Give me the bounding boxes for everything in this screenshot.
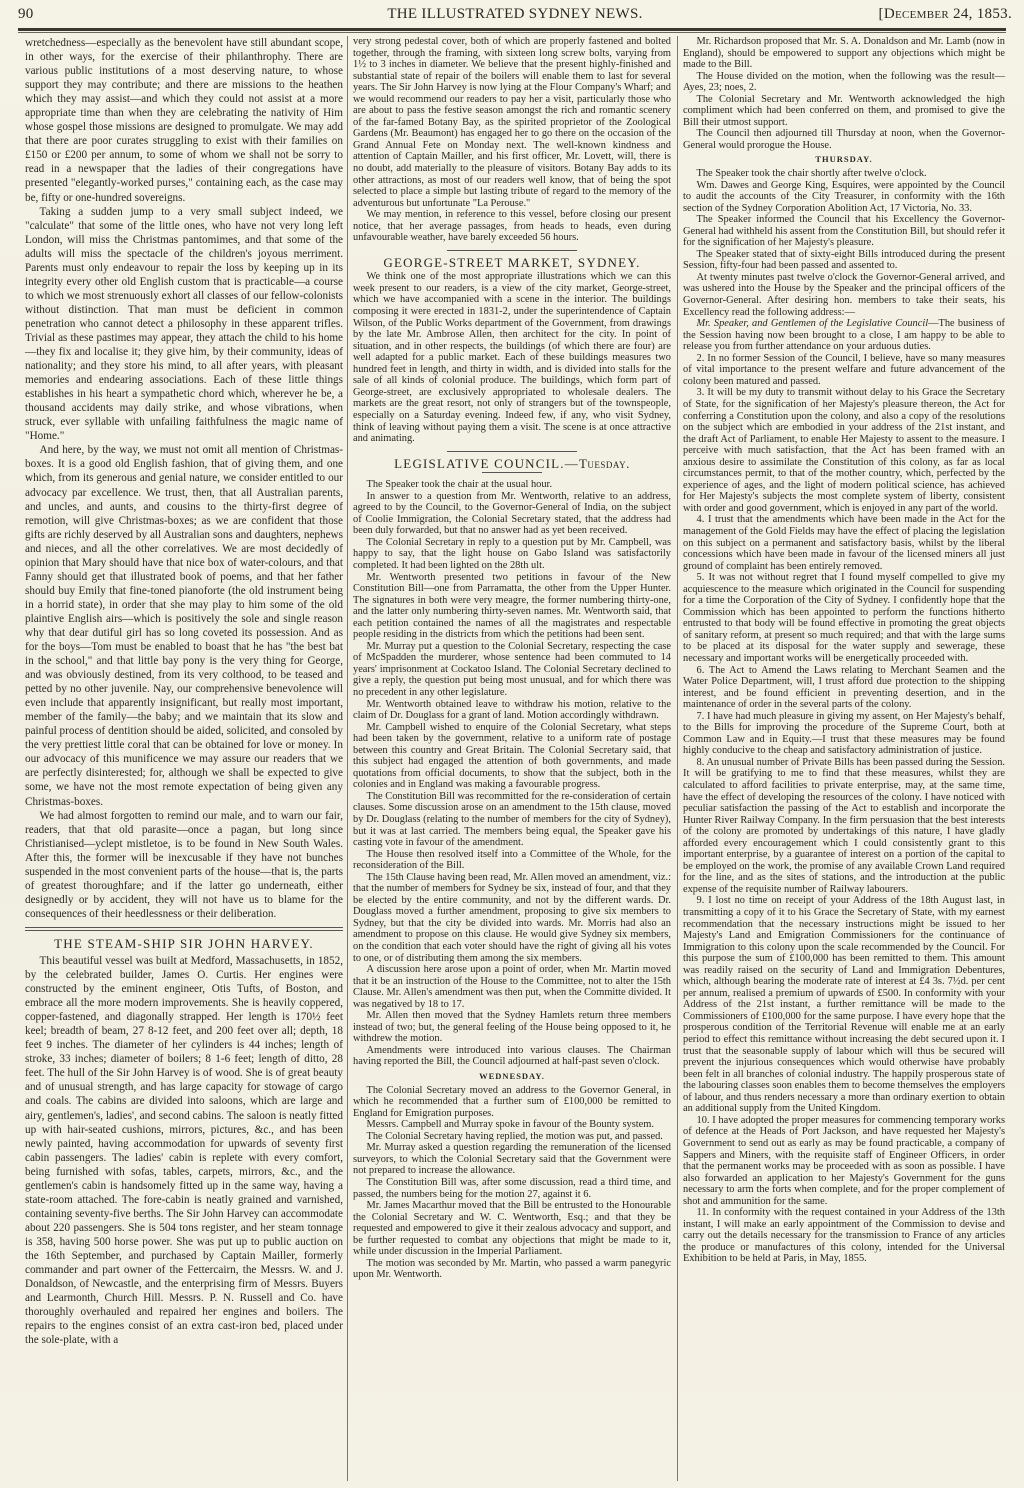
article-paragraph: Mr. James Macarthur moved that the Bill … (353, 1200, 671, 1258)
article-paragraph: The Colonial Secretary and Mr. Wentworth… (683, 94, 1005, 129)
article-paragraph: Mr. Murray put a question to the Colonia… (353, 641, 671, 699)
article-paragraph: A discussion here arose upon a point of … (353, 964, 671, 1010)
column-divider (347, 36, 348, 1481)
article-paragraph: This beautiful vessel was built at Medfo… (25, 954, 343, 1347)
article-paragraph: wretchedness—especially as the benevolen… (25, 36, 343, 205)
article-paragraph: 3. It will be my duty to transmit withou… (683, 387, 1005, 514)
address-opening: Mr. Speaker, and Gentlemen of the Legisl… (683, 318, 1005, 353)
article-paragraph: We may mention, in reference to this ves… (353, 209, 671, 244)
council-heading: LEGISLATIVE COUNCIL.—Tuesday. (353, 458, 671, 470)
article-paragraph: The Council then adjourned till Thursday… (683, 128, 1005, 151)
article-paragraph: The Speaker informed the Council that hi… (683, 214, 1005, 249)
masthead-rule (18, 28, 1006, 31)
masthead-rule-thin (18, 32, 1006, 33)
article-paragraph: 7. I have had much pleasure in giving my… (683, 711, 1005, 757)
column-2: very strong pedestal cover, both of whic… (353, 36, 671, 1281)
article-paragraph: We had almost forgotten to remind our ma… (25, 809, 343, 921)
article-paragraph: At twenty minutes past twelve o'clock th… (683, 272, 1005, 318)
article-paragraph: Mr. Wentworth presented two petitions in… (353, 572, 671, 641)
section-rule (447, 250, 577, 251)
article-paragraph: The House then resolved itself into a Co… (353, 849, 671, 872)
article-paragraph: The Speaker took the chair shortly after… (683, 168, 1005, 180)
thursday-heading: THURSDAY. (683, 154, 1005, 166)
article-paragraph: 11. In conformity with the request conta… (683, 1207, 1005, 1265)
wednesday-heading: WEDNESDAY. (353, 1071, 671, 1083)
column-divider (677, 36, 678, 1481)
article-paragraph: Messrs. Campbell and Murray spoke in fav… (353, 1119, 671, 1131)
article-paragraph: 5. It was not without regret that I foun… (683, 572, 1005, 664)
article-paragraph: The motion was seconded by Mr. Martin, w… (353, 1258, 671, 1281)
article-paragraph: Mr. Murray asked a question regarding th… (353, 1142, 671, 1177)
newspaper-title: THE ILLUSTRATED SYDNEY NEWS. (18, 6, 1012, 23)
article-paragraph: The 15th Clause having been read, Mr. Al… (353, 872, 671, 964)
article-paragraph: And here, by the way, we must not omit a… (25, 443, 343, 808)
market-heading: GEORGE-STREET MARKET, SYDNEY. (353, 257, 671, 269)
article-paragraph: 9. I lost no time on receipt of your Add… (683, 895, 1005, 1114)
section-rule (482, 472, 542, 473)
article-paragraph: We think one of the most appropriate ill… (353, 271, 671, 444)
column-3: Mr. Richardson proposed that Mr. S. A. D… (683, 36, 1005, 1265)
article-paragraph: The Colonial Secretary moved an address … (353, 1085, 671, 1120)
article-paragraph: Mr. Richardson proposed that Mr. S. A. D… (683, 36, 1005, 71)
article-paragraph: The Speaker stated that of sixty-eight B… (683, 249, 1005, 272)
article-paragraph: In answer to a question from Mr. Wentwor… (353, 491, 671, 537)
steamship-heading: THE STEAM-SHIP SIR JOHN HARVEY. (25, 937, 343, 951)
article-paragraph: The House divided on the motion, when th… (683, 71, 1005, 94)
newspaper-page: 90 THE ILLUSTRATED SYDNEY NEWS. [Decembe… (0, 0, 1024, 1488)
column-1: wretchedness—especially as the benevolen… (25, 36, 343, 1347)
article-paragraph: Wm. Dawes and George King, Esquires, wer… (683, 180, 1005, 215)
issue-date: [December 24, 1853. (879, 6, 1012, 23)
article-paragraph: 6. The Act to Amend the Laws relating to… (683, 665, 1005, 711)
article-paragraph: Taking a sudden jump to a very small sub… (25, 205, 343, 444)
section-rule (447, 451, 577, 452)
article-paragraph: 10. I have adopted the proper measures f… (683, 1115, 1005, 1207)
article-paragraph: The Colonial Secretary having replied, t… (353, 1131, 671, 1143)
article-paragraph: 4. I trust that the amendments which hav… (683, 514, 1005, 572)
article-paragraph: 8. An unusual number of Private Bills ha… (683, 757, 1005, 896)
article-paragraph: Mr. Campbell wished to enquire of the Co… (353, 722, 671, 791)
article-paragraph: The Speaker took the chair at the usual … (353, 479, 671, 491)
article-paragraph: The Constitution Bill was recommitted fo… (353, 791, 671, 849)
masthead: 90 THE ILLUSTRATED SYDNEY NEWS. [Decembe… (18, 6, 1012, 26)
article-paragraph: Mr. Allen then moved that the Sydney Ham… (353, 1010, 671, 1045)
article-paragraph: very strong pedestal cover, both of whic… (353, 36, 671, 209)
article-paragraph: The Colonial Secretary in reply to a que… (353, 537, 671, 572)
article-paragraph: Mr. Wentworth obtained leave to withdraw… (353, 699, 671, 722)
article-paragraph: Amendments were introduced into various … (353, 1045, 671, 1068)
section-rule (25, 927, 343, 931)
article-paragraph: 2. In no former Session of the Council, … (683, 353, 1005, 388)
article-paragraph: The Constitution Bill was, after some di… (353, 1177, 671, 1200)
